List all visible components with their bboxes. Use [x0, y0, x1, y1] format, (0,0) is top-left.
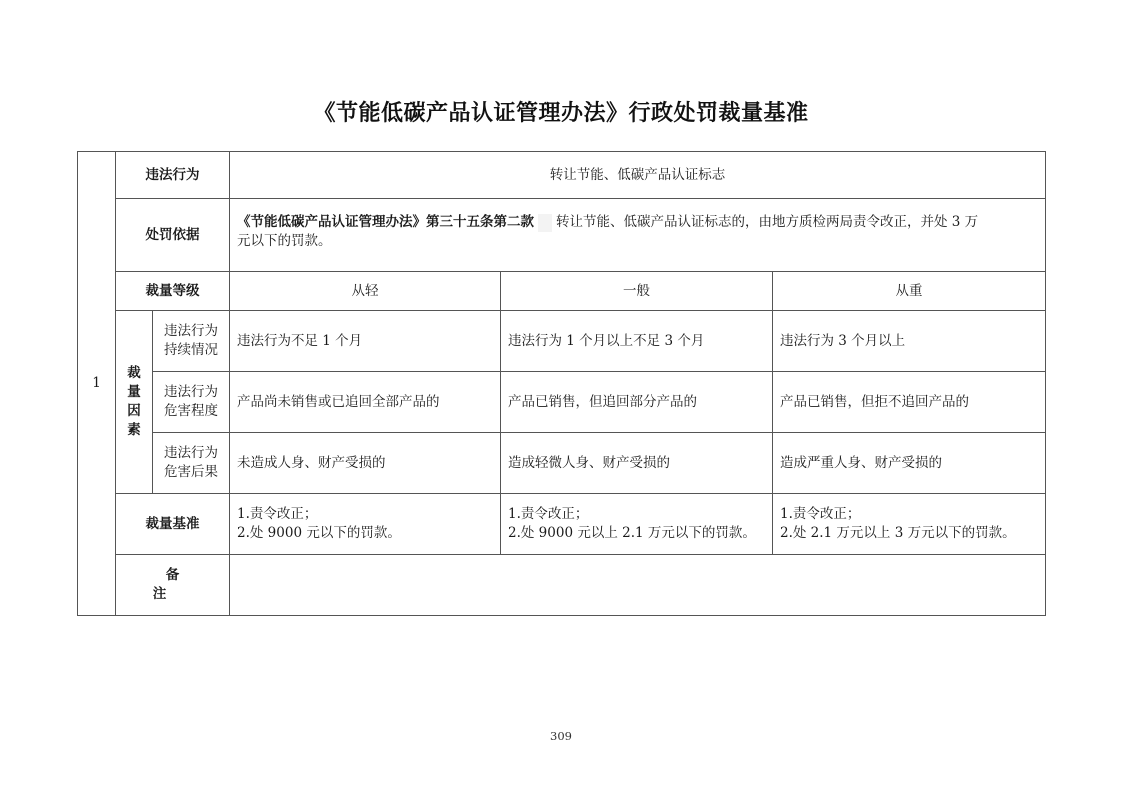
standard-label: 裁量基准	[116, 494, 230, 555]
basis-label: 处罚依据	[116, 199, 230, 272]
factor-label: 违法行为 持续情况	[153, 311, 230, 372]
factor-value: 产品已销售，但拒不追回产品的	[773, 372, 1046, 433]
remarks-row: 备注	[78, 555, 1046, 616]
standard-line2: 2.处 9000 元以下的罚款。	[237, 525, 401, 541]
factor-row-duration: 裁 量 因 素 违法行为 持续情况 违法行为不足 1 个月 违法行为 1 个月以…	[78, 311, 1046, 372]
level-light: 从轻	[230, 272, 501, 311]
standard-row: 裁量基准 1.责令改正； 2.处 9000 元以下的罚款。 1.责令改正； 2.…	[78, 494, 1046, 555]
levels-row: 裁量等级 从轻 一般 从重	[78, 272, 1046, 311]
basis-law-reference: 《节能低碳产品认证管理办法》第三十五条第二款	[237, 214, 534, 230]
standard-line1: 1.责令改正；	[780, 506, 860, 522]
factor-value: 违法行为 3 个月以上	[773, 311, 1046, 372]
factor-label-line2: 持续情况	[164, 342, 218, 358]
factor-value: 违法行为不足 1 个月	[230, 311, 501, 372]
factor-char: 裁	[127, 365, 141, 381]
highlight-gap	[538, 214, 552, 232]
factor-value: 违法行为 1 个月以上不足 3 个月	[501, 311, 773, 372]
standard-value-light: 1.责令改正； 2.处 9000 元以下的罚款。	[230, 494, 501, 555]
remarks-value	[230, 555, 1046, 616]
basis-value: 《节能低碳产品认证管理办法》第三十五条第二款转让节能、低碳产品认证标志的，由地方…	[230, 199, 1046, 272]
factor-char: 素	[127, 422, 141, 438]
factor-label: 违法行为 危害程度	[153, 372, 230, 433]
violation-label: 违法行为	[116, 152, 230, 199]
factor-char: 因	[127, 403, 141, 419]
violation-value: 转让节能、低碳产品认证标志	[230, 152, 1046, 199]
factor-label-line2: 危害程度	[164, 403, 218, 419]
standard-line1: 1.责令改正；	[237, 506, 317, 522]
basis-row: 处罚依据 《节能低碳产品认证管理办法》第三十五条第二款转让节能、低碳产品认证标志…	[78, 199, 1046, 272]
penalty-discretion-table: 1 违法行为 转让节能、低碳产品认证标志 处罚依据 《节能低碳产品认证管理办法》…	[77, 151, 1046, 616]
factor-label-line1: 违法行为	[164, 445, 218, 461]
standard-line2: 2.处 2.1 万元以上 3 万元以下的罚款。	[780, 525, 1016, 541]
factor-char: 量	[127, 384, 141, 400]
factor-value: 产品已销售，但追回部分产品的	[501, 372, 773, 433]
row-number: 1	[78, 152, 116, 616]
factor-value: 造成轻微人身、财产受损的	[501, 433, 773, 494]
factors-group-label: 裁 量 因 素	[116, 311, 153, 494]
factor-label: 违法行为 危害后果	[153, 433, 230, 494]
factor-value: 未造成人身、财产受损的	[230, 433, 501, 494]
violation-row: 1 违法行为 转让节能、低碳产品认证标志	[78, 152, 1046, 199]
levels-label: 裁量等级	[116, 272, 230, 311]
factor-label-line2: 危害后果	[164, 464, 218, 480]
page-title: 《节能低碳产品认证管理办法》行政处罚裁量基准	[0, 96, 1122, 127]
page-number: 309	[0, 729, 1122, 743]
factor-row-harm-degree: 违法行为 危害程度 产品尚未销售或已追回全部产品的 产品已销售，但追回部分产品的…	[78, 372, 1046, 433]
factor-label-line1: 违法行为	[164, 323, 218, 339]
level-general: 一般	[501, 272, 773, 311]
remarks-label: 备注	[116, 555, 230, 616]
standard-value-general: 1.责令改正； 2.处 9000 元以上 2.1 万元以下的罚款。	[501, 494, 773, 555]
remarks-label-text: 备注	[140, 567, 206, 602]
factor-value: 造成严重人身、财产受损的	[773, 433, 1046, 494]
factor-label-line1: 违法行为	[164, 384, 218, 400]
basis-text-line2: 元以下的罚款。	[237, 233, 332, 249]
level-heavy: 从重	[773, 272, 1046, 311]
factor-value: 产品尚未销售或已追回全部产品的	[230, 372, 501, 433]
standard-line2: 2.处 9000 元以上 2.1 万元以下的罚款。	[508, 525, 756, 541]
standard-line1: 1.责令改正；	[508, 506, 588, 522]
factor-row-harm-consequence: 违法行为 危害后果 未造成人身、财产受损的 造成轻微人身、财产受损的 造成严重人…	[78, 433, 1046, 494]
basis-text-line1: 转让节能、低碳产品认证标志的，由地方质检两局责令改正，并处 3 万	[556, 214, 978, 230]
standard-value-heavy: 1.责令改正； 2.处 2.1 万元以上 3 万元以下的罚款。	[773, 494, 1046, 555]
